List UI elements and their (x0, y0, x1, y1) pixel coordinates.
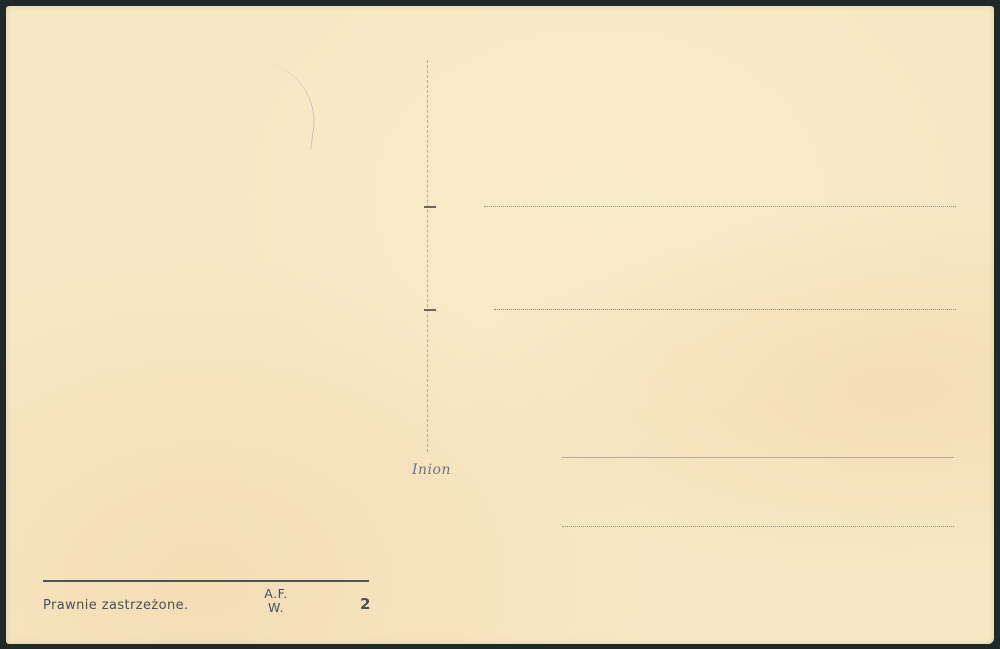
postcard-back: Inion Prawnie zastrzeżone. A.F. W. 2 (6, 6, 994, 644)
address-line-marker (424, 206, 436, 208)
address-line-3 (562, 457, 954, 458)
copyright-notice: Prawnie zastrzeżone. (43, 598, 189, 613)
pencil-mark (251, 62, 323, 150)
publisher-city: W. (256, 601, 296, 615)
address-line-2 (494, 309, 956, 310)
message-address-divider (427, 60, 428, 452)
pencil-signature: Inion (412, 462, 451, 478)
address-line-4 (562, 526, 954, 527)
footer-rule (43, 580, 369, 582)
publisher-mark: A.F. W. (256, 587, 296, 615)
card-number: 2 (360, 595, 370, 613)
address-line-marker (424, 309, 436, 311)
address-line-1 (484, 206, 956, 207)
publisher-initials: A.F. (256, 587, 296, 601)
